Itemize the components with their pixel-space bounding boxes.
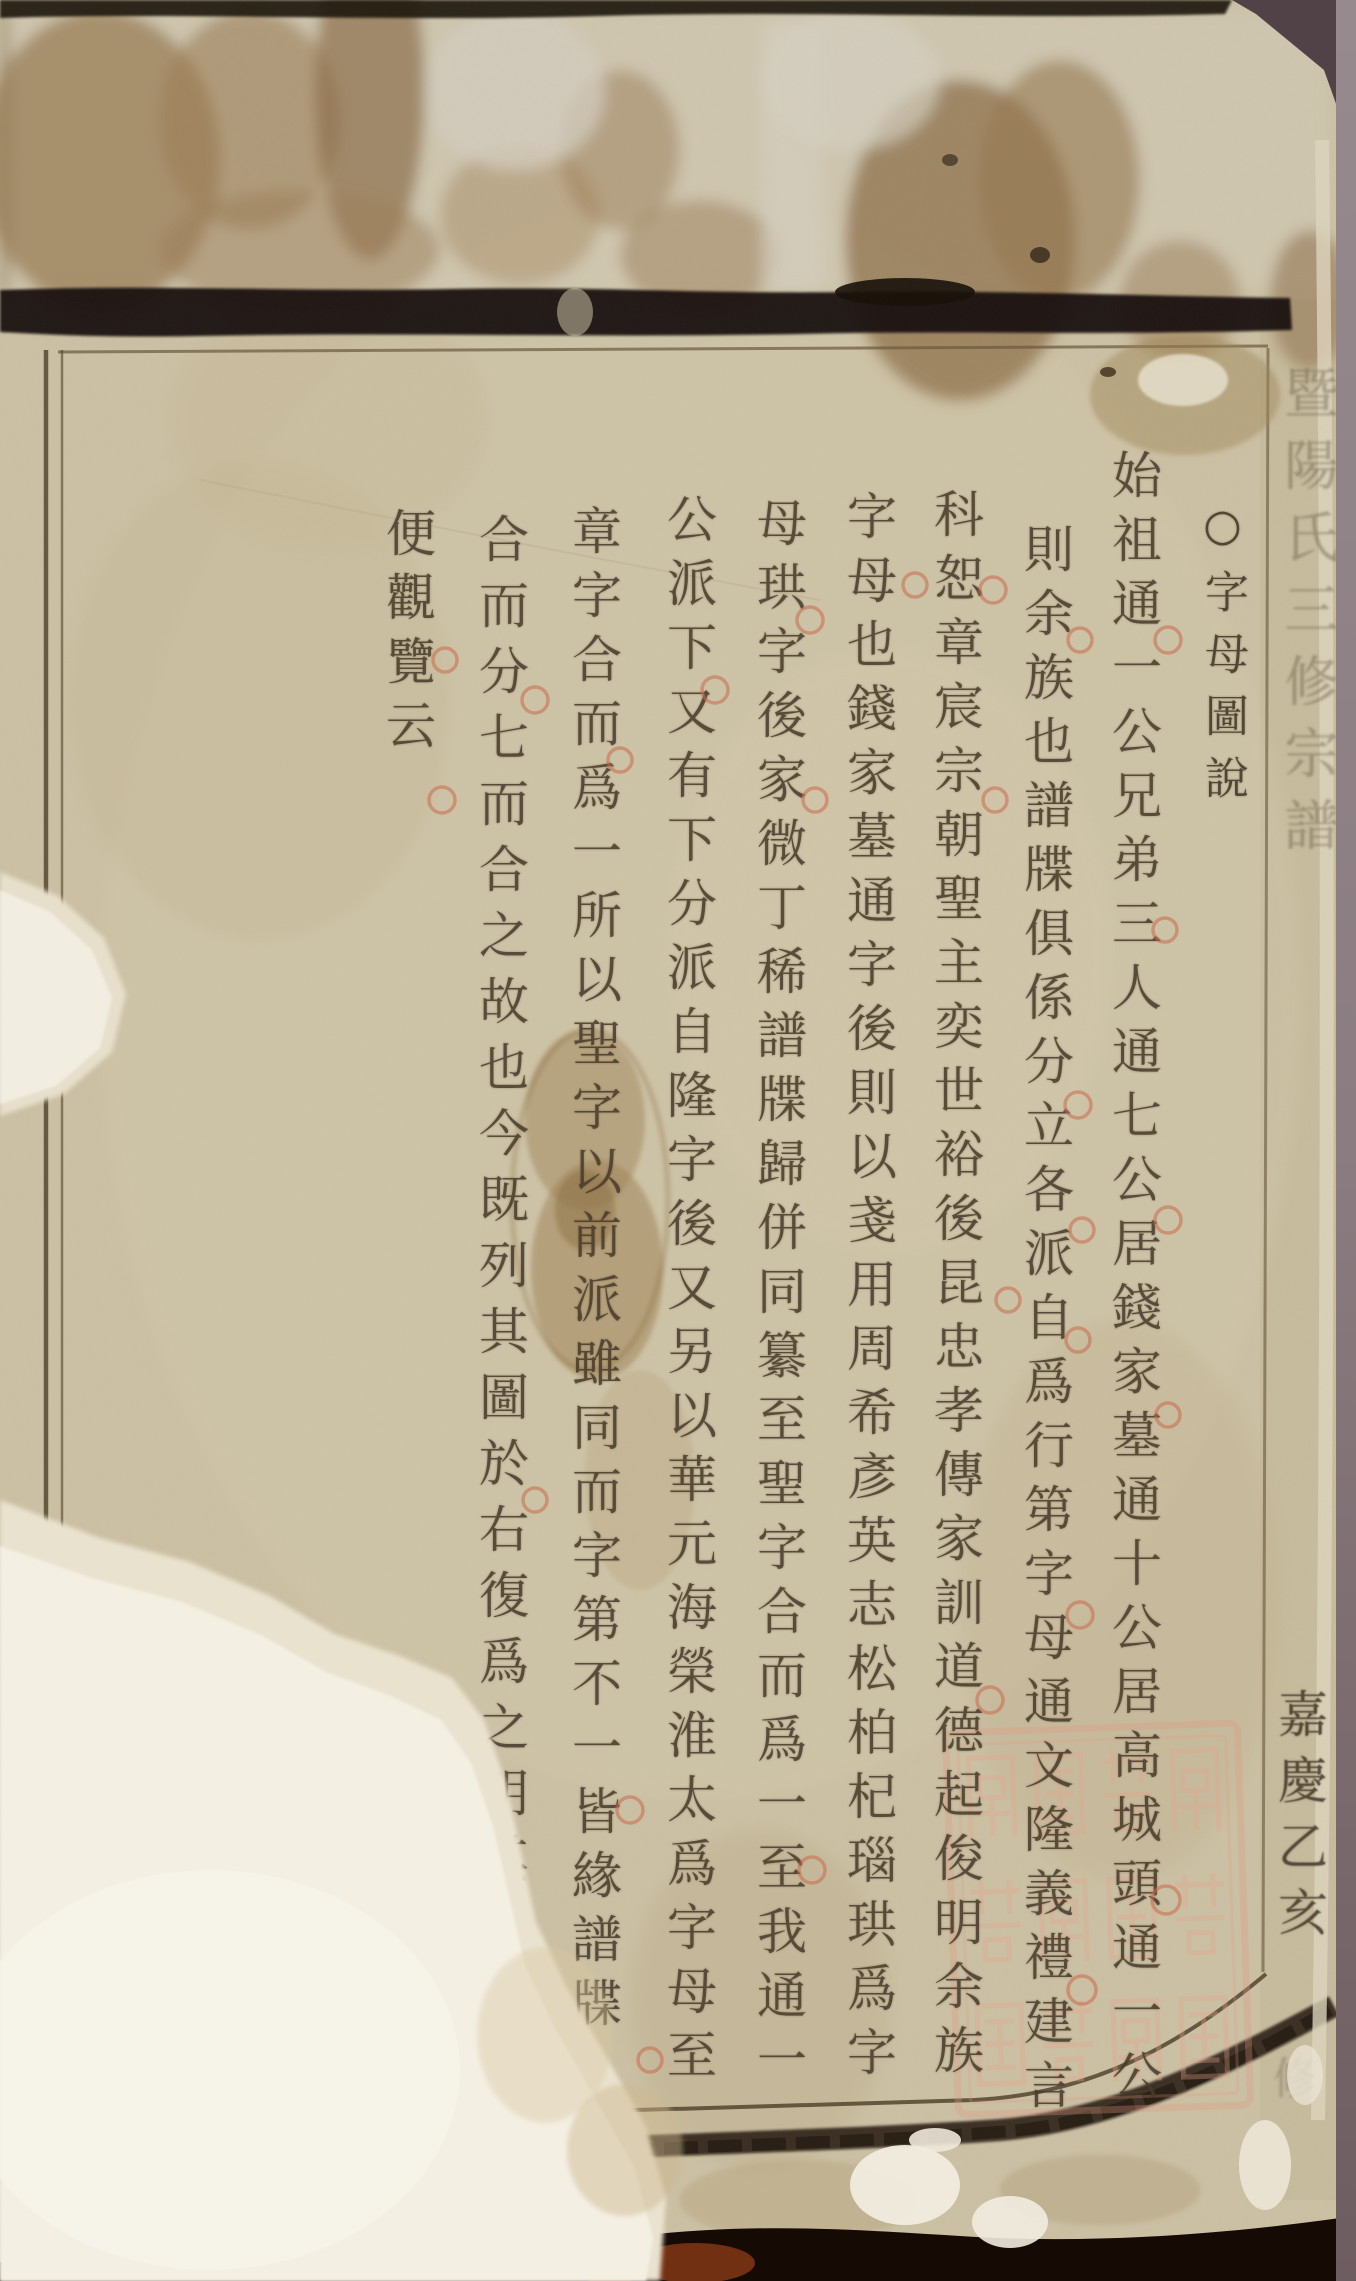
red-reading-circle bbox=[1066, 1328, 1090, 1352]
red-reading-circle bbox=[799, 1857, 825, 1883]
red-reading-circle bbox=[1068, 1976, 1096, 2004]
left-tear-notch bbox=[0, 872, 126, 1116]
red-reading-circle bbox=[977, 1687, 1003, 1713]
red-reading-circle bbox=[797, 607, 823, 633]
red-reading-circle bbox=[1068, 628, 1092, 652]
red-reading-circle bbox=[638, 2048, 662, 2072]
red-reading-circle bbox=[429, 787, 455, 813]
red-reading-circle bbox=[1153, 918, 1177, 942]
red-reading-circle bbox=[1156, 1403, 1180, 1427]
red-reading-circle bbox=[1067, 1602, 1093, 1628]
red-reading-circle bbox=[803, 788, 827, 812]
red-reading-circle bbox=[1152, 1886, 1180, 1914]
red-reading-circle bbox=[523, 1488, 547, 1512]
red-reading-circle bbox=[433, 648, 457, 672]
red-reading-circle bbox=[1155, 1207, 1181, 1233]
red-reading-circle bbox=[996, 1288, 1020, 1312]
bottom-left-tear bbox=[0, 1500, 683, 2281]
red-reading-circle bbox=[617, 1797, 643, 1823]
red-reading-circle bbox=[903, 573, 927, 597]
small-tears bbox=[850, 2045, 1323, 2248]
red-reading-circle bbox=[1070, 1218, 1094, 1242]
red-reading-circle bbox=[522, 687, 548, 713]
red-reading-circle bbox=[983, 788, 1007, 812]
red-reading-circle bbox=[702, 677, 728, 703]
red-reading-circle bbox=[608, 748, 632, 772]
red-reading-circle bbox=[1155, 627, 1181, 653]
red-reading-circle bbox=[980, 577, 1006, 603]
scanned-page: ○字母圖說 始祖通一公兄弟三人通七公居錢家墓通十公居高城頭通一公 則余族也譜牒俱… bbox=[0, 0, 1356, 2281]
backdrop-right-strip bbox=[1336, 0, 1356, 2281]
red-reading-circle bbox=[1065, 1092, 1091, 1118]
tears-and-marks-overlay bbox=[0, 0, 1356, 2281]
